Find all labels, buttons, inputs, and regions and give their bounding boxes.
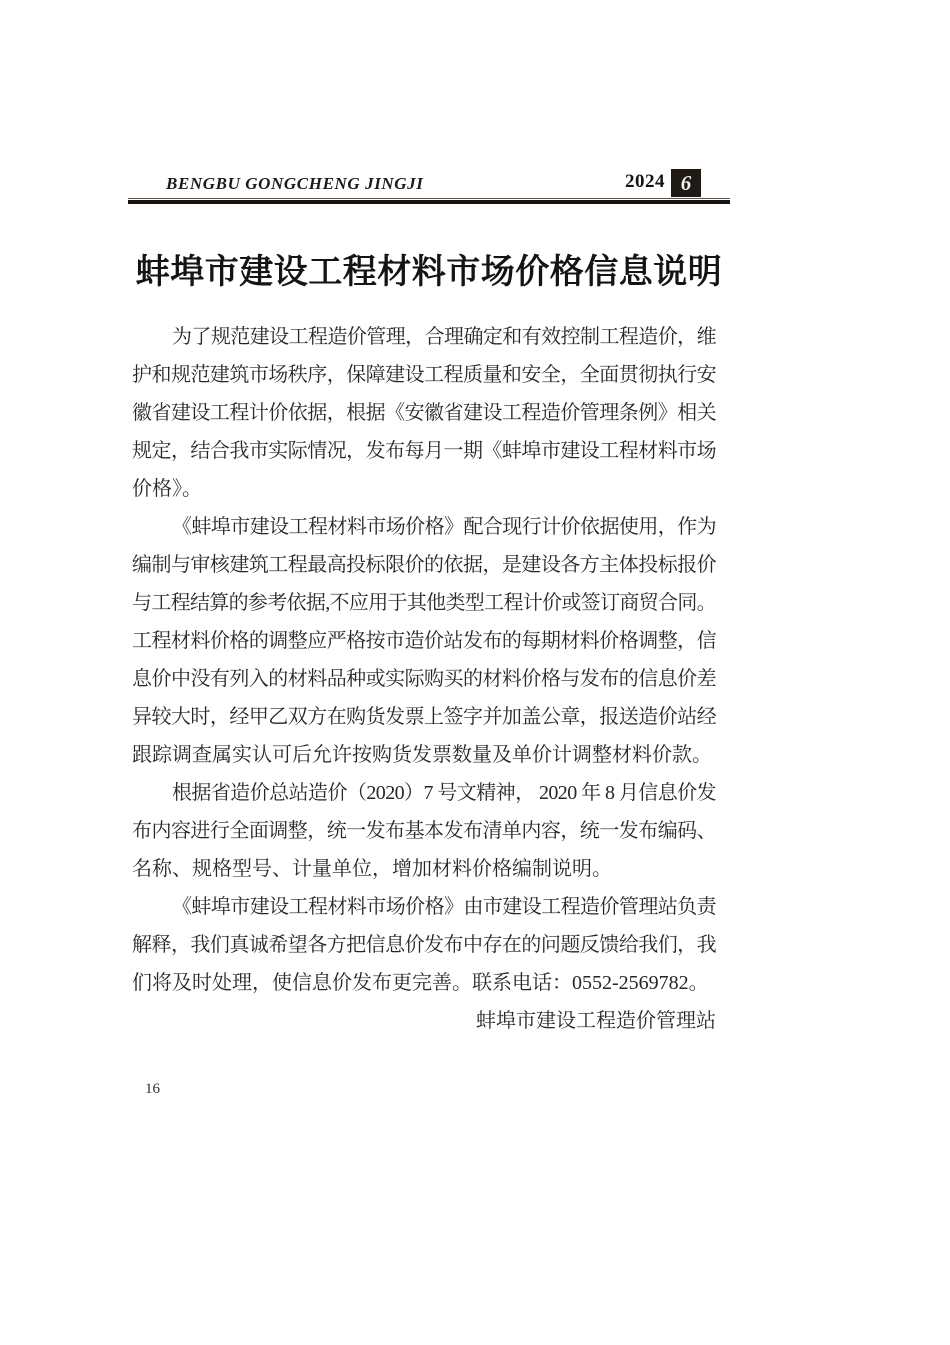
text-line: 编制与审核建筑工程最高投标限价的依据，是建设各方主体投标报价 bbox=[132, 546, 716, 584]
text-line: 异较大时，经甲乙双方在购货发票上签字并加盖公章，报送造价站经 bbox=[132, 698, 716, 736]
article-body: 为了规范建设工程造价管理，合理确定和有效控制工程造价，维护和规范建筑市场秩序，保… bbox=[132, 318, 716, 1002]
article-title: 蚌埠市建设工程材料市场价格信息说明 bbox=[128, 253, 730, 293]
text-line: 护和规范建筑市场秩序，保障建设工程质量和安全，全面贯彻执行安 bbox=[132, 356, 716, 394]
issue-year: 2024 bbox=[625, 171, 665, 197]
issue-number: 6 bbox=[681, 171, 692, 196]
document-page: BENGBU GONGCHENG JINGJI 2024 6 蚌埠市建设工程材料… bbox=[0, 0, 950, 1345]
page-number: 16 bbox=[145, 1081, 160, 1098]
text-line: 《蚌埠市建设工程材料市场价格》配合现行计价依据使用，作为 bbox=[132, 508, 716, 546]
text-line: 名称、规格型号、计量单位，增加材料价格编制说明。 bbox=[132, 850, 716, 888]
text-line: 根据省造价总站造价（2020）7 号文精神， 2020 年 8 月信息价发 bbox=[132, 774, 716, 812]
text-line: 《蚌埠市建设工程材料市场价格》由市建设工程造价管理站负责 bbox=[132, 888, 716, 926]
issue-number-badge: 6 bbox=[671, 169, 701, 197]
header-issue-info: 2024 6 bbox=[625, 169, 701, 197]
text-line: 为了规范建设工程造价管理，合理确定和有效控制工程造价，维 bbox=[132, 318, 716, 356]
text-line: 规定，结合我市实际情况，发布每月一期《蚌埠市建设工程材料市场 bbox=[132, 432, 716, 470]
journal-name: BENGBU GONGCHENG JINGJI bbox=[166, 174, 424, 197]
text-line: 徽省建设工程计价依据，根据《安徽省建设工程造价管理条例》相关 bbox=[132, 394, 716, 432]
page-content: BENGBU GONGCHENG JINGJI 2024 6 蚌埠市建设工程材料… bbox=[128, 168, 730, 1040]
text-line: 价格》。 bbox=[132, 470, 716, 508]
text-line: 工程材料价格的调整应严格按市造价站发布的每期材料价格调整，信 bbox=[132, 622, 716, 660]
text-line: 们将及时处理，使信息价发布更完善。联系电话：0552-2569782。 bbox=[132, 964, 716, 1002]
page-header: BENGBU GONGCHENG JINGJI 2024 6 bbox=[128, 168, 730, 197]
text-line: 跟踪调查属实认可后允许按购货发票数量及单价计调整材料价款。 bbox=[132, 736, 716, 774]
signature-line: 蚌埠市建设工程造价管理站 bbox=[132, 1002, 716, 1040]
text-line: 布内容进行全面调整，统一发布基本发布清单内容，统一发布编码、 bbox=[132, 812, 716, 850]
header-divider-rule bbox=[128, 198, 730, 204]
text-line: 与工程结算的参考依据,不应用于其他类型工程计价或签订商贸合同。 bbox=[132, 584, 716, 622]
text-line: 息价中没有列入的材料品种或实际购买的材料价格与发布的信息价差 bbox=[132, 660, 716, 698]
text-line: 解释，我们真诚希望各方把信息价发布中存在的问题反馈给我们，我 bbox=[132, 926, 716, 964]
